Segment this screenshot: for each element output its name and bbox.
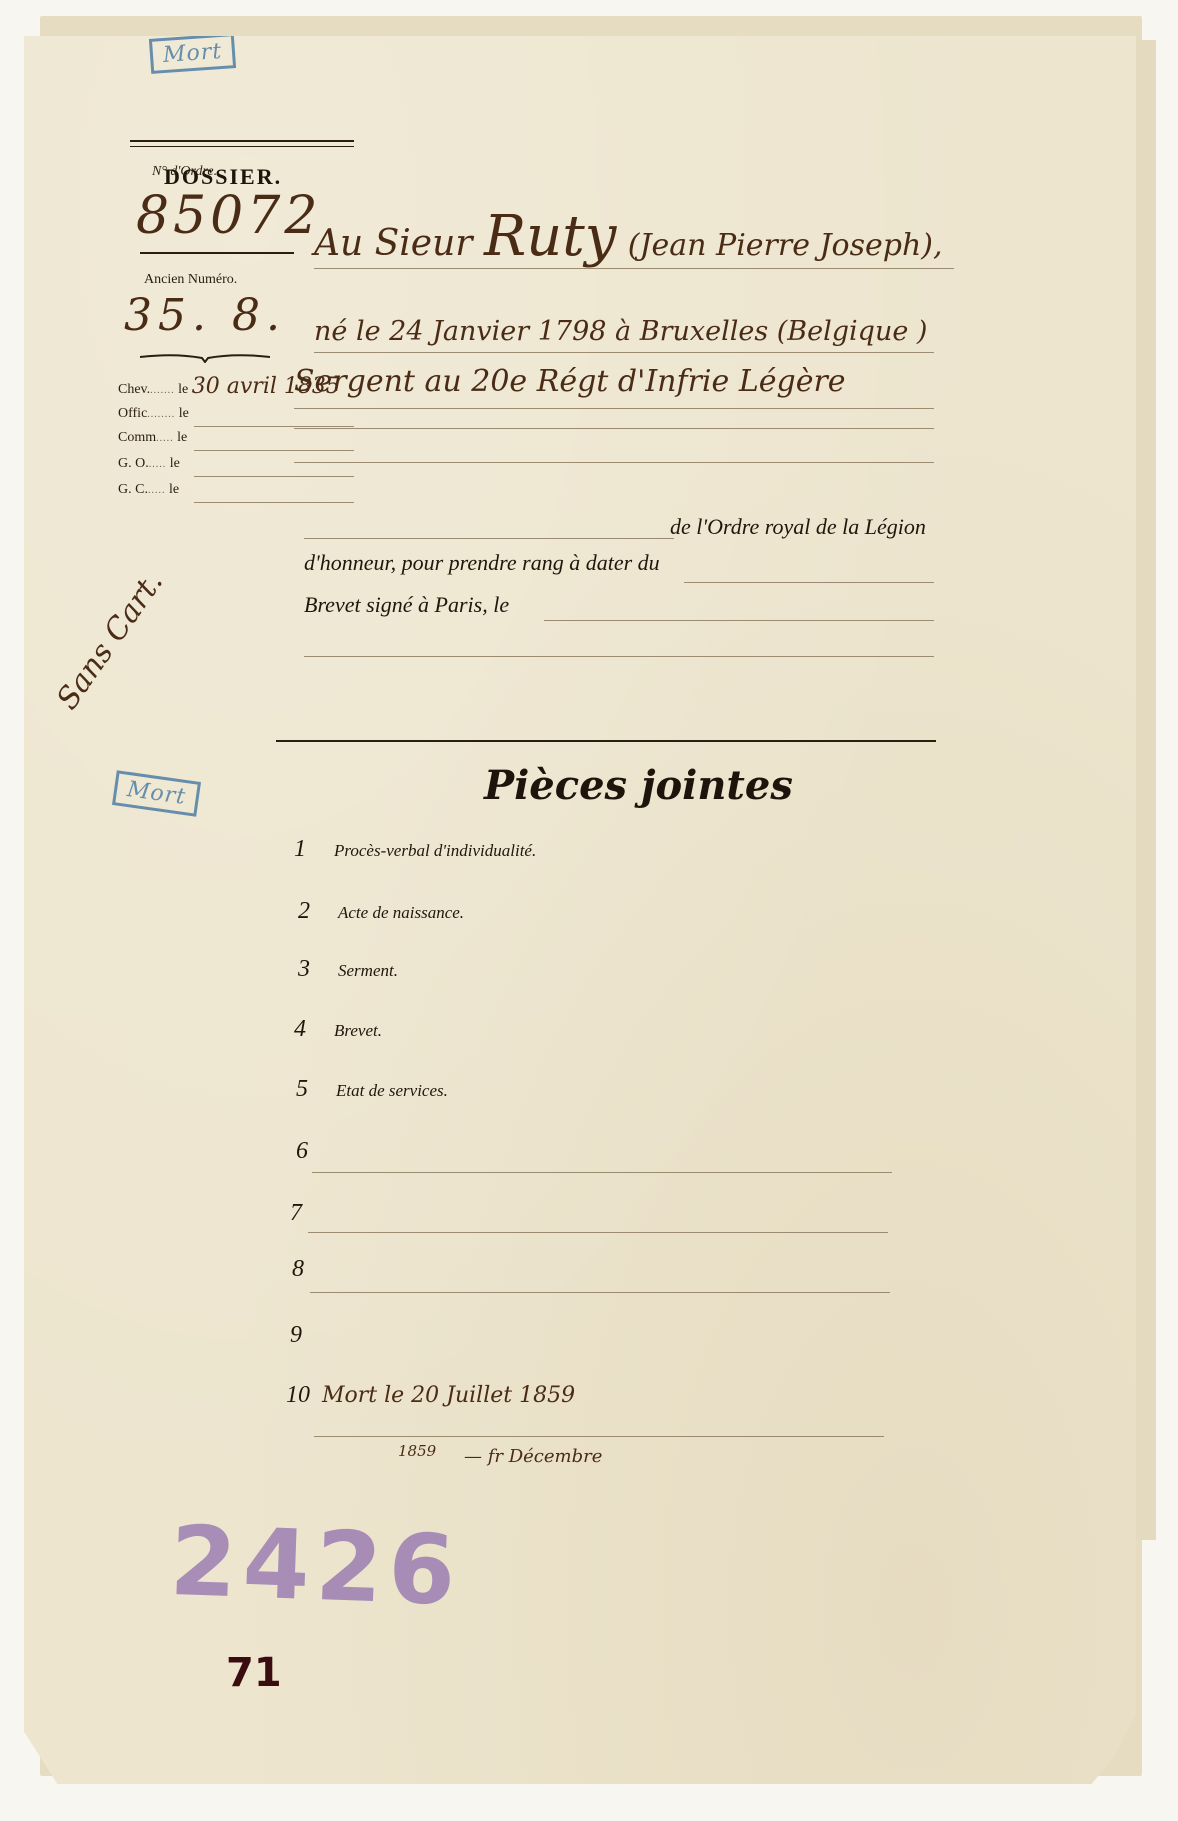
handwritten-number: 71 [226, 1650, 282, 1696]
piece-number: 5 [296, 1076, 336, 1103]
order-text-1: de l'Ordre royal de la Légion [670, 514, 926, 540]
piece-item-4: 4Brevet. [294, 1016, 382, 1043]
decoration-le: le [179, 406, 189, 421]
dossier-page: Mort DOSSIER. N° d'Ordre. 85072 Ancien N… [24, 36, 1136, 1784]
stamp-text: Mort [126, 777, 188, 810]
recipient-surname: Ruty [484, 204, 616, 269]
archive-number-stamp: 2426 [168, 1505, 463, 1627]
flourish-ornament [140, 348, 270, 358]
piece-text: Serment. [338, 961, 398, 980]
death-note-month: — fr Décembre [464, 1446, 602, 1467]
piece-rule-6 [312, 1172, 892, 1173]
decoration-grade: Chev. [118, 382, 150, 397]
piece-number: 8 [292, 1256, 332, 1283]
death-note-year: 1859 [398, 1442, 436, 1460]
stamp-text: Mort [162, 39, 223, 68]
signed-rule [544, 620, 934, 621]
decoration-row-comm: Comm..... le [118, 430, 187, 446]
decoration-rule [194, 502, 354, 503]
decoration-row-offic: Offic........ le [118, 406, 189, 422]
blank-rule-1 [294, 428, 934, 429]
birth-line: né le 24 Janvier 1798 à Bruxelles (Belgi… [314, 316, 927, 347]
piece-number: 1 [294, 836, 334, 863]
order-label: N° d'Ordre. [152, 164, 217, 180]
piece-number: 9 [290, 1322, 330, 1349]
recipient-rule [314, 268, 954, 269]
piece-number: 3 [298, 956, 338, 983]
blank-rule-3 [304, 656, 934, 657]
title-rule-1 [130, 140, 354, 142]
blank-rule-2 [294, 462, 934, 463]
rank-line: Sergent au 20e Régt d'Infrie Légère [294, 364, 846, 399]
piece-number: 4 [294, 1016, 334, 1043]
piece-number: 10 [286, 1382, 322, 1409]
decoration-row-chev: Chev........ le 30 avril 1835 [118, 374, 340, 399]
decoration-rule [194, 450, 354, 451]
piece-item-3: 3Serment. [298, 956, 398, 983]
former-number: 35. 8. [124, 290, 286, 341]
piece-item-8: 8 [292, 1256, 332, 1283]
piece-text: Brevet. [334, 1021, 382, 1040]
order-rule [140, 252, 294, 254]
pieces-title: Pièces jointes [484, 762, 793, 809]
order-text-3: Brevet signé à Paris, le [304, 592, 509, 618]
recipient-line: Au Sieur Ruty (Jean Pierre Joseph), [314, 204, 943, 269]
piece-number: 2 [298, 898, 338, 925]
piece-rule-10 [314, 1436, 884, 1437]
decoration-rule [194, 426, 354, 427]
piece-item-1: 1Procès-verbal d'individualité. [294, 836, 536, 863]
mort-stamp-margin: Mort [112, 770, 201, 817]
piece-text: Etat de services. [336, 1081, 448, 1100]
decoration-grade: Comm [118, 430, 156, 445]
piece-item-7: 7 [290, 1200, 330, 1227]
decoration-le: le [170, 456, 180, 471]
section-divider [276, 740, 936, 742]
mort-stamp-top: Mort [149, 33, 236, 74]
piece-item-10: 10Mort le 20 Juillet 1859 [286, 1382, 575, 1409]
decoration-date: 30 avril 1835 [192, 374, 340, 399]
piece-item-6: 6 [296, 1138, 336, 1165]
piece-text: Procès-verbal d'individualité. [334, 841, 536, 860]
order-number: 85072 [136, 186, 321, 246]
decoration-le: le [177, 430, 187, 445]
order-text-2: d'honneur, pour prendre rang à dater du [304, 550, 660, 576]
decoration-grade: G. C. [118, 482, 148, 497]
piece-rule-8 [310, 1292, 890, 1293]
piece-rule-7 [308, 1232, 888, 1233]
piece-text: Acte de naissance. [338, 903, 464, 922]
margin-note: Sans Cart. [50, 565, 170, 716]
decoration-row-go: G. O...... le [118, 456, 180, 472]
recipient-given-names: (Jean Pierre Joseph), [628, 228, 943, 263]
rank-rule [294, 408, 934, 409]
date-rule [684, 582, 934, 583]
decoration-row-gc: G. C...... le [118, 482, 179, 498]
recipient-prefix: Au Sieur [314, 223, 473, 264]
piece-number: 7 [290, 1200, 330, 1227]
piece-item-2: 2Acte de naissance. [298, 898, 464, 925]
decoration-grade: G. O. [118, 456, 149, 471]
piece-item-5: 5Etat de services. [296, 1076, 448, 1103]
decoration-le: le [178, 382, 188, 397]
decoration-rule [194, 476, 354, 477]
piece-item-9: 9 [290, 1322, 330, 1349]
birth-rule [314, 352, 934, 353]
title-rule-2 [130, 146, 354, 147]
grade-blank-rule [304, 538, 674, 539]
former-label: Ancien Numéro. [144, 272, 237, 288]
decoration-grade: Offic [118, 406, 147, 421]
decoration-le: le [169, 482, 179, 497]
piece-number: 6 [296, 1138, 336, 1165]
death-note: Mort le 20 Juillet 1859 [322, 1383, 575, 1408]
